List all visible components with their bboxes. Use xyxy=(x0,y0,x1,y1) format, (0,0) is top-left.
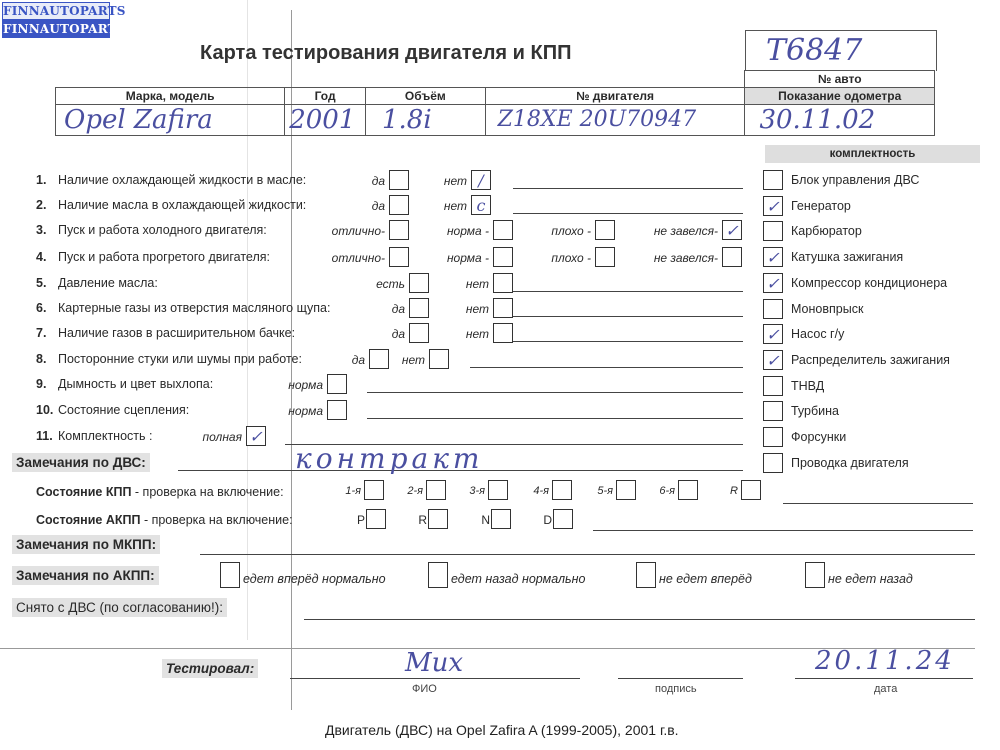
completeness-item-label: Блок управления ДВС xyxy=(791,173,919,187)
option-checkbox[interactable] xyxy=(409,298,429,318)
option-checkbox[interactable] xyxy=(327,400,347,420)
gear-checkbox[interactable] xyxy=(616,480,636,500)
question-text: Наличие масла в охлаждающей жидкости: xyxy=(58,198,306,212)
option-label: полная xyxy=(203,430,242,444)
option-label: нет xyxy=(466,327,489,341)
completeness-item-label: Проводка двигателя xyxy=(791,456,909,470)
col-engine-number: № двигателя xyxy=(485,88,745,105)
option-label: плохо - xyxy=(551,251,591,265)
option-label: плохо - xyxy=(551,224,591,238)
check-mark-icon: ✓ xyxy=(764,274,782,294)
auto-remark-label: едет назад нормально xyxy=(451,572,585,586)
position-label: N xyxy=(481,513,490,527)
gear-checkbox[interactable] xyxy=(678,480,698,500)
position-label: P xyxy=(357,513,365,527)
question-text: Картерные газы из отверстия масляного щу… xyxy=(58,301,330,315)
option-label: нет xyxy=(444,174,467,188)
name-value[interactable]: Мих xyxy=(405,648,463,678)
check-mark-icon: ✓ xyxy=(723,221,741,241)
auto-remark-checkbox[interactable] xyxy=(220,562,240,588)
option-label: норма xyxy=(288,378,323,392)
question-text: Давление масла: xyxy=(58,276,158,290)
option-checkbox[interactable] xyxy=(722,247,742,267)
option-checkbox[interactable] xyxy=(493,298,513,318)
odometer-value[interactable]: 30.11.02 xyxy=(745,105,935,136)
gear-label: 5-я xyxy=(597,485,613,497)
completeness-checkbox[interactable]: ✓ xyxy=(763,350,783,370)
engine-remarks-label: Замечания по ДВС: xyxy=(12,453,150,472)
option-checkbox[interactable] xyxy=(409,273,429,293)
check-mark-icon: ✓ xyxy=(247,427,265,447)
completeness-checkbox[interactable] xyxy=(763,170,783,190)
question-number: 11. xyxy=(36,429,58,443)
check-mark-icon: c xyxy=(472,196,490,216)
position-checkbox[interactable] xyxy=(553,509,573,529)
answer-line xyxy=(367,392,743,393)
check-mark-icon: ✓ xyxy=(764,197,782,217)
question-label: 8.Посторонние стуки или шумы при работе: xyxy=(36,352,302,366)
question-label: 7.Наличие газов в расширительном бачке: xyxy=(36,326,295,340)
gear-checkbox[interactable] xyxy=(426,480,446,500)
option-label: нет xyxy=(402,353,425,367)
question-number: 4. xyxy=(36,250,58,264)
question-number: 2. xyxy=(36,198,58,212)
car-number-label: № авто xyxy=(745,71,935,88)
signature-caption: подпись xyxy=(655,683,697,695)
check-mark-icon: ✓ xyxy=(764,248,782,268)
option-checkbox[interactable] xyxy=(429,349,449,369)
image-caption: Двигатель (ДВС) на Opel Zafira A (1999-2… xyxy=(325,722,679,738)
option-label: нет xyxy=(466,277,489,291)
completeness-title: комплектность xyxy=(830,148,916,160)
completeness-checkbox[interactable] xyxy=(763,427,783,447)
removed-line xyxy=(304,619,975,620)
completeness-checkbox[interactable] xyxy=(763,453,783,473)
completeness-checkbox[interactable]: ✓ xyxy=(763,196,783,216)
question-label: 2.Наличие масла в охлаждающей жидкости: xyxy=(36,198,306,212)
option-checkbox[interactable] xyxy=(493,247,513,267)
completeness-checkbox[interactable]: ✓ xyxy=(763,324,783,344)
auto-remark-label: не едет назад xyxy=(828,572,913,586)
option-checkbox[interactable] xyxy=(409,323,429,343)
auto-remark-checkbox[interactable] xyxy=(805,562,825,588)
tested-by-label: Тестировал: xyxy=(162,659,258,678)
answer-line xyxy=(513,291,743,292)
option-checkbox[interactable] xyxy=(389,247,409,267)
option-label: отлично- xyxy=(332,224,385,238)
option-checkbox[interactable]: c xyxy=(471,195,491,215)
position-label: D xyxy=(543,513,552,527)
gear-label: 3-я xyxy=(469,485,485,497)
question-text: Дымность и цвет выхлопа: xyxy=(58,377,213,391)
completeness-item-label: Распределитель зажигания xyxy=(791,353,950,367)
form-title: Карта тестирования двигателя и КПП xyxy=(200,42,571,65)
vehicle-info-table: № авто Марка, модель Год Объём № двигате… xyxy=(55,70,935,136)
question-number: 6. xyxy=(36,301,58,315)
answer-line xyxy=(513,188,743,189)
completeness-item-label: ТНВД xyxy=(791,379,824,393)
completeness-item-label: Насос г/у xyxy=(791,327,844,341)
check-mark-icon: ✓ xyxy=(764,325,782,345)
gear-label: R xyxy=(730,485,738,497)
date-caption: дата xyxy=(874,683,897,695)
option-checkbox[interactable] xyxy=(389,220,409,240)
question-label: 4.Пуск и работа прогретого двигателя: xyxy=(36,250,270,264)
option-checkbox[interactable]: / xyxy=(471,170,491,190)
option-checkbox[interactable] xyxy=(595,220,615,240)
gear-label: 4-я xyxy=(533,485,549,497)
option-label: отлично- xyxy=(332,251,385,265)
question-text: Наличие охлаждающей жидкости в масле: xyxy=(58,173,306,187)
question-text: Состояние сцепления: xyxy=(58,403,189,417)
position-checkbox[interactable] xyxy=(428,509,448,529)
auto-gearbox-label: Состояние АКПП - проверка на включение: xyxy=(36,513,293,527)
completeness-item-label: Форсунки xyxy=(791,430,846,444)
completeness-checkbox[interactable] xyxy=(763,221,783,241)
completeness-checkbox[interactable] xyxy=(763,401,783,421)
completeness-checkbox[interactable] xyxy=(763,376,783,396)
manual-gearbox-label-bold: Состояние КПП xyxy=(36,485,131,499)
option-label: нет xyxy=(466,302,489,316)
option-label: да xyxy=(392,302,405,316)
answer-line xyxy=(513,213,743,214)
car-number-box: T6847 xyxy=(745,30,937,71)
question-label: 9.Дымность и цвет выхлопа: xyxy=(36,377,213,391)
question-number: 5. xyxy=(36,276,58,290)
check-mark-icon: ✓ xyxy=(764,351,782,371)
completeness-item-label: Карбюратор xyxy=(791,224,862,238)
auto-gearbox-label-bold: Состояние АКПП xyxy=(36,513,140,527)
gear-checkbox[interactable] xyxy=(741,480,761,500)
completeness-item-label: Компрессор кондиционера xyxy=(791,276,947,290)
signature-line xyxy=(618,678,743,679)
col-year: Год xyxy=(285,88,366,105)
auto-remark-label: не едет вперёд xyxy=(659,572,752,586)
question-number: 9. xyxy=(36,377,58,391)
question-text: Посторонние стуки или шумы при работе: xyxy=(58,352,302,366)
completeness-checkbox[interactable] xyxy=(763,299,783,319)
completeness-header: комплектность xyxy=(765,145,980,163)
make-model-value[interactable]: Opel Zafira xyxy=(56,105,285,136)
question-text: Пуск и работа холодного двигателя: xyxy=(58,223,267,237)
completeness-checkbox[interactable]: ✓ xyxy=(763,247,783,267)
question-text: Пуск и работа прогретого двигателя: xyxy=(58,250,270,264)
gear-label: 1-я xyxy=(345,485,361,497)
auto-remark-checkbox[interactable] xyxy=(636,562,656,588)
question-number: 7. xyxy=(36,326,58,340)
answer-line xyxy=(470,367,743,368)
auto-remarks-label: Замечания по АКПП: xyxy=(12,566,159,585)
auto-gearbox-line xyxy=(593,530,973,531)
volume-value[interactable]: 1.8i xyxy=(365,105,485,136)
completeness-item-label: Катушка зажигания xyxy=(791,250,903,264)
gear-label: 2-я xyxy=(407,485,423,497)
question-label: 11.Комплектность : xyxy=(36,429,152,443)
col-make-model: Марка, модель xyxy=(56,88,285,105)
completeness-item-label: Моновпрыск xyxy=(791,302,863,316)
option-label: есть xyxy=(376,277,405,291)
completeness-item-label: Турбина xyxy=(791,404,839,418)
question-number: 1. xyxy=(36,173,58,187)
option-label: нет xyxy=(444,199,467,213)
date-line xyxy=(795,678,973,679)
position-checkbox[interactable] xyxy=(491,509,511,529)
option-label: норма - xyxy=(447,251,489,265)
option-checkbox[interactable] xyxy=(369,349,389,369)
option-checkbox[interactable]: ✓ xyxy=(246,426,266,446)
auto-remark-label: едет вперёд нормально xyxy=(243,572,386,586)
logo-line-2: FINNAUTOPARTS xyxy=(2,20,110,38)
col-volume: Объём xyxy=(365,88,485,105)
name-line xyxy=(290,678,580,679)
year-value[interactable]: 2001 xyxy=(285,105,366,136)
logo-line-1: FINNAUTOPARTS xyxy=(2,2,110,20)
removed-label: Снято с ДВС (по согласованию!): xyxy=(12,598,227,617)
option-checkbox[interactable] xyxy=(493,273,513,293)
answer-line xyxy=(513,341,743,342)
question-text: Наличие газов в расширительном бачке: xyxy=(58,326,295,340)
check-mark-icon: / xyxy=(472,171,490,191)
option-label: норма xyxy=(288,404,323,418)
col-odometer: Показание одометра xyxy=(745,88,935,105)
auto-remark-checkbox[interactable] xyxy=(428,562,448,588)
option-label: да xyxy=(372,199,385,213)
option-checkbox[interactable] xyxy=(389,170,409,190)
option-checkbox[interactable] xyxy=(595,247,615,267)
answer-line xyxy=(367,418,743,419)
date-value[interactable]: 20.11.24 xyxy=(815,646,955,676)
gear-checkbox[interactable] xyxy=(488,480,508,500)
manual-remarks-line xyxy=(200,554,975,555)
engine-number-value[interactable]: Z18XE 20U70947 xyxy=(485,105,745,136)
completeness-checkbox[interactable]: ✓ xyxy=(763,273,783,293)
question-label: 3.Пуск и работа холодного двигателя: xyxy=(36,223,267,237)
option-label: не завелся- xyxy=(654,251,718,265)
manual-gearbox-label-rest: - проверка на включение: xyxy=(131,485,283,499)
answer-line xyxy=(513,316,743,317)
manual-gearbox-line xyxy=(783,503,973,504)
position-checkbox[interactable] xyxy=(366,509,386,529)
car-number-value: T6847 xyxy=(746,31,936,71)
auto-gearbox-label-rest: - проверка на включение: xyxy=(140,513,292,527)
question-label: 1.Наличие охлаждающей жидкости в масле: xyxy=(36,173,306,187)
option-checkbox[interactable] xyxy=(389,195,409,215)
manual-remarks-label: Замечания по МКПП: xyxy=(12,535,160,554)
question-label: 5.Давление масла: xyxy=(36,276,158,290)
question-number: 8. xyxy=(36,352,58,366)
question-text: Комплектность : xyxy=(58,429,152,443)
option-label: да xyxy=(352,353,365,367)
position-label: R xyxy=(418,513,427,527)
engine-remarks-value[interactable]: контракт xyxy=(295,444,483,474)
option-label: не завелся- xyxy=(654,224,718,238)
option-label: норма - xyxy=(447,224,489,238)
gear-label: 6-я xyxy=(659,485,675,497)
option-checkbox[interactable] xyxy=(493,323,513,343)
option-checkbox[interactable] xyxy=(493,220,513,240)
gear-checkbox[interactable] xyxy=(552,480,572,500)
option-checkbox[interactable]: ✓ xyxy=(722,220,742,240)
question-number: 3. xyxy=(36,223,58,237)
question-label: 6.Картерные газы из отверстия масляного … xyxy=(36,301,330,315)
name-caption: ФИО xyxy=(412,683,437,695)
question-number: 10. xyxy=(36,403,58,417)
question-label: 10.Состояние сцепления: xyxy=(36,403,189,417)
manual-gearbox-label: Состояние КПП - проверка на включение: xyxy=(36,485,284,499)
completeness-item-label: Генератор xyxy=(791,199,851,213)
brand-logo: FINNAUTOPARTS FINNAUTOPARTS xyxy=(2,2,110,38)
option-label: да xyxy=(392,327,405,341)
option-checkbox[interactable] xyxy=(327,374,347,394)
gear-checkbox[interactable] xyxy=(364,480,384,500)
option-label: да xyxy=(372,174,385,188)
